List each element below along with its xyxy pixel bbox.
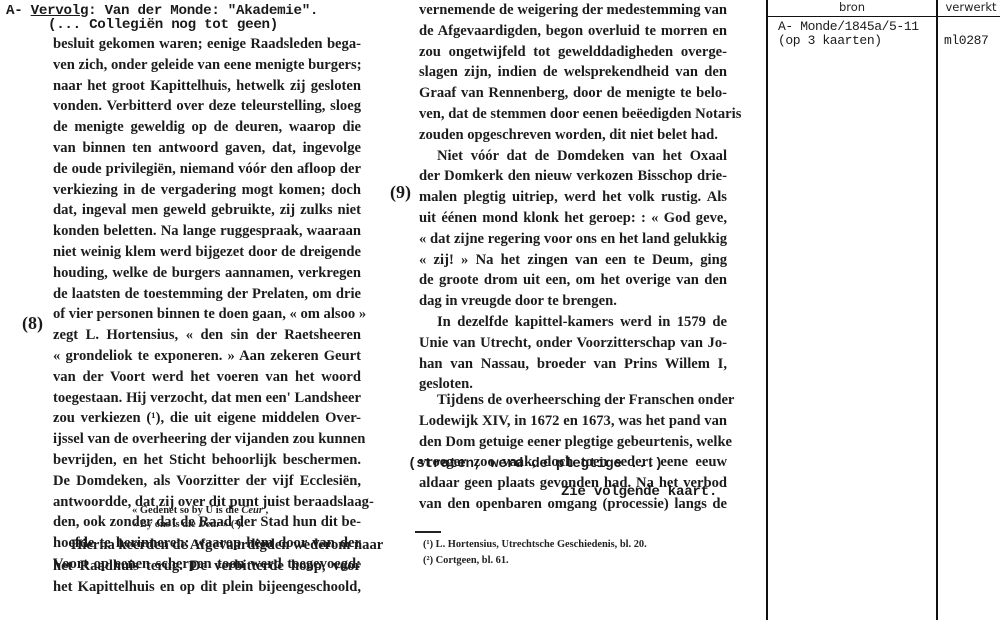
left-text-column: besluit gekomen waren; eenige Raadsleden… [53, 34, 361, 575]
text-line: besluit gekomen waren; eenige Raadsleden… [53, 34, 361, 55]
text-line: zou ongetwijfeld tot gewelddadigheden ov… [419, 42, 727, 63]
footnote-rule [415, 531, 441, 533]
verse-italic-word: Ceur [241, 505, 263, 516]
bron-card-count: (op 3 kaarten) [778, 34, 919, 48]
table-header: bron verwerkt [768, 0, 1000, 17]
text-line: naar het groot Kapittelhuis, hetwelk zij… [53, 76, 361, 97]
text-line: de Afgevaardigden, begon overluid te mor… [419, 21, 727, 42]
text-line: konden beletten. Na lange ruggespraak, w… [53, 221, 361, 242]
header-prefix: A- [6, 3, 31, 19]
text-line: van binnen ten antwoord gaven, dat, inge… [53, 138, 361, 159]
column-divider [936, 0, 938, 620]
text-line: vonden. Verbitterd over deze teleurstell… [53, 96, 361, 117]
text-line: verkiezing in de vergadering mogt komen;… [53, 180, 361, 201]
text-line: de groote drom uit een, om het overige v… [419, 270, 727, 291]
text-line: « grondeliok te exponeren. » Aan zekeren… [53, 346, 361, 367]
typed-continuation: (straten, werd de plegtige ...) [408, 457, 663, 472]
margin-mark-9: (9) [390, 182, 411, 203]
text-line: slagen zijn, indien de welsprekendheid v… [419, 62, 727, 83]
verse-italic-word: Deur [198, 519, 220, 530]
right-text-column: vernemende de weigering der medestemming… [419, 0, 727, 395]
footnote-2: (²) Cortgeen, bl. 61. [423, 553, 647, 569]
verse-line-2: « By ons is die Deur » (²). [132, 518, 268, 532]
text-line: dat, ingeval men geweld gebruikte, zij z… [53, 200, 361, 221]
text-line: « zij! » Na het zingen van een te Deum, … [419, 250, 727, 271]
text-line: han van Nassau, broeder van Prins Willem… [419, 354, 727, 375]
text-line: malen plegtig uitriep, werd het volk rus… [419, 187, 727, 208]
text-line: niet weinig klem werd bijgezet door de d… [53, 242, 361, 263]
verse-text: , [263, 505, 268, 516]
text-line: het Kapittelhuis en op dit plein bijeeng… [53, 577, 361, 598]
text-line: ven zich, onder geleide van eene menigte… [53, 55, 361, 76]
margin-mark-8: (8) [22, 313, 43, 334]
text-line: zegt L. Hortensius, « den sin der Raetsh… [53, 325, 361, 346]
verse-text: » (²). [220, 519, 243, 530]
verse-text: « Gedenet so by U is die [132, 505, 241, 516]
text-line: Unie van Utrecht, onder Voorzitterschap … [419, 333, 727, 354]
text-line: het Raadhuis terug. De verbitterde hoop,… [53, 556, 361, 577]
text-line: de laatsten de toestemming der Prelaten,… [53, 284, 361, 305]
left-closing-paragraph: Hierna keerden de Afgevaardigden wederom… [53, 535, 361, 597]
text-line: « dat zijne regering voor ons en het lan… [419, 229, 727, 250]
text-line: van der Voort werd het voeren van het wo… [53, 367, 361, 388]
text-line: Lodewijk XIV, in 1672 en 1673, was het p… [419, 411, 727, 432]
text-line: der Domkerk den nieuw verkozen Bisschop … [419, 166, 727, 187]
text-line: Hierna keerden de Afgevaardigden wederom… [53, 535, 361, 556]
text-line: den Dom getuige eener plegtige gebeurten… [419, 432, 727, 453]
text-line: de oude privilegiën, niemand vóór den af… [53, 159, 361, 180]
text-line: In dezelfde kapittel-kamers werd in 1579… [419, 312, 727, 333]
text-line: Niet vóór dat de Domdeken van het Oxaal [419, 146, 727, 167]
continuation-note: (... Collegiën nog tot geen) [48, 18, 278, 33]
text-line: toegestaan. Hij verzocht, dat men een' L… [53, 388, 361, 409]
verse-line-1: « Gedenet so by U is die Ceur , [132, 504, 268, 518]
column-header-verwerkt: verwerkt [940, 0, 1000, 14]
source-table: bron verwerkt A- Monde/1845a/5-11(op 3 k… [766, 0, 1000, 620]
text-line: ijssel van de overheering der vijanden z… [53, 429, 361, 450]
cell-bron: A- Monde/1845a/5-11(op 3 kaarten) [778, 20, 919, 48]
next-card-note: Zie volgende kaart. [561, 485, 717, 500]
text-line: ven, dat de stemmen door eenen beëedigde… [419, 104, 727, 125]
text-line: of vier personen binnen te doen gaan, « … [53, 304, 361, 325]
text-line: houding, welke de burgers aannamen, verk… [53, 263, 361, 284]
text-line: bevrijden, en het Sticht behoorlijk besc… [53, 450, 361, 471]
footnotes: (¹) L. Hortensius, Utrechtsche Geschiede… [423, 537, 647, 569]
text-line: uit éénen mond klonk het geroep: : « God… [419, 208, 727, 229]
footnote-1: (¹) L. Hortensius, Utrechtsche Geschiede… [423, 537, 647, 553]
text-line: Tijdens de overheersching der Franschen … [419, 390, 727, 411]
text-line: vernemende de weigering der medestemming… [419, 0, 727, 21]
verse-text: « By ons is die [132, 519, 198, 530]
text-line: De Domdeken, als Voorzitter der vijf Ecc… [53, 471, 361, 492]
column-header-bron: bron [768, 0, 936, 14]
cell-verwerkt: ml0287 [944, 34, 988, 48]
bron-reference: A- Monde/1845a/5-11 [778, 20, 919, 34]
text-line: Graaf van Rennenberg, door de menigte te… [419, 83, 727, 104]
text-line: zou verkiezen (¹), die uit eigene middel… [53, 408, 361, 429]
text-line: zouden opgeschreven worden, dit niet bel… [419, 125, 727, 146]
text-line: dag in vreugde door te brengen. [419, 291, 727, 312]
text-line: de menigte geweldig op de deuren, waarop… [53, 117, 361, 138]
verse-quotation: « Gedenet so by U is die Ceur , « By ons… [132, 504, 268, 532]
